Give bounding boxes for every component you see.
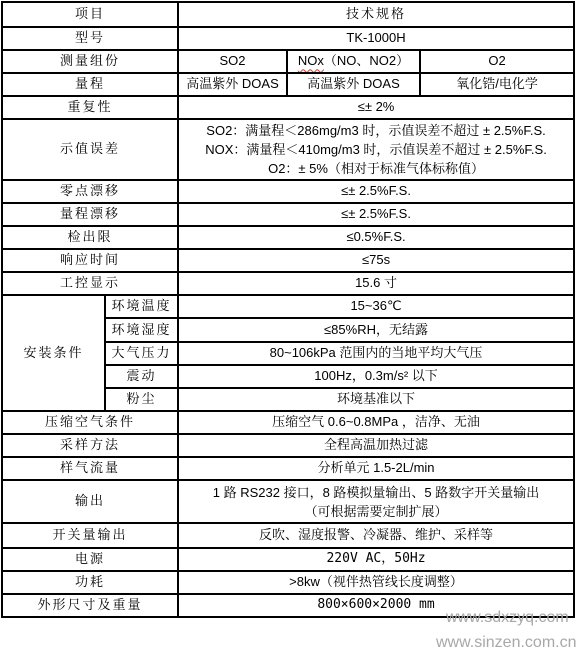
spec-row-detection-limit: 检出限 ≤0.5%F.S. [2, 226, 574, 249]
output-line1: 1 路 RS232 接口，8 路模拟量输出、5 路数字开关量输出 [181, 483, 571, 502]
components-label: 测量组份 [2, 50, 178, 73]
install-vibration-value: 100Hz，0.3m/s² 以下 [178, 365, 574, 388]
compressed-air-label: 压缩空气条件 [2, 411, 178, 434]
model-value: TK-1000H [178, 27, 574, 50]
watermark-sinzen: www.sinzen.com.cn [436, 634, 577, 652]
spec-sheet-page: 项目 技术规格 型号 TK-1000H 测量组份 SO2 NOx（NO、NO2）… [0, 0, 579, 654]
indication-error-label: 示值误差 [2, 119, 178, 180]
spec-row-power-supply: 电源 220V AC，50Hz [2, 548, 574, 571]
sample-flow-label: 样气流量 [2, 457, 178, 480]
display-value: 15.6 寸 [178, 272, 574, 295]
spec-row-components: 测量组份 SO2 NOx（NO、NO2） O2 [2, 50, 574, 73]
sample-flow-value: 分析单元 1.5-2L/min [178, 457, 574, 480]
sampling-method-label: 采样方法 [2, 434, 178, 457]
response-time-value: ≤75s [178, 249, 574, 272]
output-label: 输出 [2, 480, 178, 523]
spec-row-repeatability: 重复性 ≤± 2% [2, 96, 574, 119]
spec-row-range: 量程 高温紫外 DOAS 高温紫外 DOAS 氧化锆/电化学 [2, 73, 574, 96]
repeatability-value: ≤± 2% [178, 96, 574, 119]
compressed-air-value: 压缩空气 0.6~0.8MPa ，洁净、无油 [178, 411, 574, 434]
components-so2: SO2 [178, 50, 287, 73]
install-humidity-label: 环境湿度 [105, 318, 178, 342]
install-pressure-label: 大气压力 [105, 342, 178, 365]
spec-row-zero-drift: 零点漂移 ≤± 2.5%F.S. [2, 180, 574, 203]
power-supply-value: 220V AC，50Hz [178, 548, 574, 571]
spec-row-response-time: 响应时间 ≤75s [2, 249, 574, 272]
spec-row-compressed-air: 压缩空气条件 压缩空气 0.6~0.8MPa ，洁净、无油 [2, 411, 574, 434]
spec-table: 项目 技术规格 型号 TK-1000H 测量组份 SO2 NOx（NO、NO2）… [1, 1, 575, 618]
power-consumption-label: 功耗 [2, 571, 178, 594]
spec-row-indication-error: 示值误差 SO2：满量程＜286mg/m3 时，示值误差不超过 ± 2.5%F.… [2, 119, 574, 180]
zero-drift-label: 零点漂移 [2, 180, 178, 203]
install-temp-label: 环境温度 [105, 295, 178, 318]
switch-output-label: 开关量输出 [2, 523, 178, 548]
spec-row-model: 型号 TK-1000H [2, 27, 574, 50]
power-supply-label: 电源 [2, 548, 178, 571]
components-o2: O2 [420, 50, 574, 73]
model-label: 型号 [2, 27, 178, 50]
install-vibration-label: 震动 [105, 365, 178, 388]
switch-output-value: 反吹、湿度报警、冷凝器、维护、采样等 [178, 523, 574, 548]
spec-row-span-drift: 量程漂移 ≤± 2.5%F.S. [2, 203, 574, 226]
zero-drift-value: ≤± 2.5%F.S. [178, 180, 574, 203]
display-label: 工控显示 [2, 272, 178, 295]
power-consumption-value: >8kw（视伴热管线长度调整） [178, 571, 574, 594]
range-so2: 高温紫外 DOAS [178, 73, 287, 96]
spec-row-switch-output: 开关量输出 反吹、湿度报警、冷凝器、维护、采样等 [2, 523, 574, 548]
detection-limit-label: 检出限 [2, 226, 178, 249]
header-spec-label: 技术规格 [178, 2, 574, 27]
install-temp-value: 15~36℃ [178, 295, 574, 318]
dimensions-label: 外形尺寸及重量 [2, 594, 178, 617]
response-time-label: 响应时间 [2, 249, 178, 272]
install-conditions-label: 安装条件 [2, 295, 105, 411]
output-line2: （可根据需要定制扩展） [181, 502, 571, 521]
sampling-method-value: 全程高温加热过滤 [178, 434, 574, 457]
indication-error-line3: O2：± 5%（相对于标准气体标称值） [181, 159, 571, 178]
install-pressure-value: 80~106kPa 范围内的当地平均大气压 [178, 342, 574, 365]
range-label: 量程 [2, 73, 178, 96]
nox-rest: （NO、NO2） [324, 53, 409, 68]
header-item-label: 项目 [2, 2, 178, 27]
span-drift-label: 量程漂移 [2, 203, 178, 226]
watermark-sdxzyq: www.sdxzyq.com [446, 609, 569, 627]
install-dust-value: 环境基准以下 [178, 388, 574, 411]
nox-spellcheck-word: NOx [298, 53, 324, 68]
indication-error-value: SO2：满量程＜286mg/m3 时，示值误差不超过 ± 2.5%F.S. NO… [178, 119, 574, 180]
indication-error-line1: SO2：满量程＜286mg/m3 时，示值误差不超过 ± 2.5%F.S. [181, 121, 571, 140]
spec-row-display: 工控显示 15.6 寸 [2, 272, 574, 295]
spec-row-sample-flow: 样气流量 分析单元 1.5-2L/min [2, 457, 574, 480]
components-nox: NOx（NO、NO2） [287, 50, 420, 73]
spec-row-sampling-method: 采样方法 全程高温加热过滤 [2, 434, 574, 457]
range-nox: 高温紫外 DOAS [287, 73, 420, 96]
spec-row-power-consumption: 功耗 >8kw（视伴热管线长度调整） [2, 571, 574, 594]
output-value: 1 路 RS232 接口，8 路模拟量输出、5 路数字开关量输出 （可根据需要定… [178, 480, 574, 523]
install-dust-label: 粉尘 [105, 388, 178, 411]
install-humidity-value: ≤85%RH，无结露 [178, 318, 574, 342]
detection-limit-value: ≤0.5%F.S. [178, 226, 574, 249]
spec-row-install-temp: 安装条件 环境温度 15~36℃ [2, 295, 574, 318]
span-drift-value: ≤± 2.5%F.S. [178, 203, 574, 226]
repeatability-label: 重复性 [2, 96, 178, 119]
indication-error-line2: NOX：满量程＜410mg/m3 时，示值误差不超过 ± 2.5%F.S. [181, 140, 571, 159]
spec-row-header: 项目 技术规格 [2, 2, 574, 27]
range-o2: 氧化锆/电化学 [420, 73, 574, 96]
spec-row-output: 输出 1 路 RS232 接口，8 路模拟量输出、5 路数字开关量输出 （可根据… [2, 480, 574, 523]
